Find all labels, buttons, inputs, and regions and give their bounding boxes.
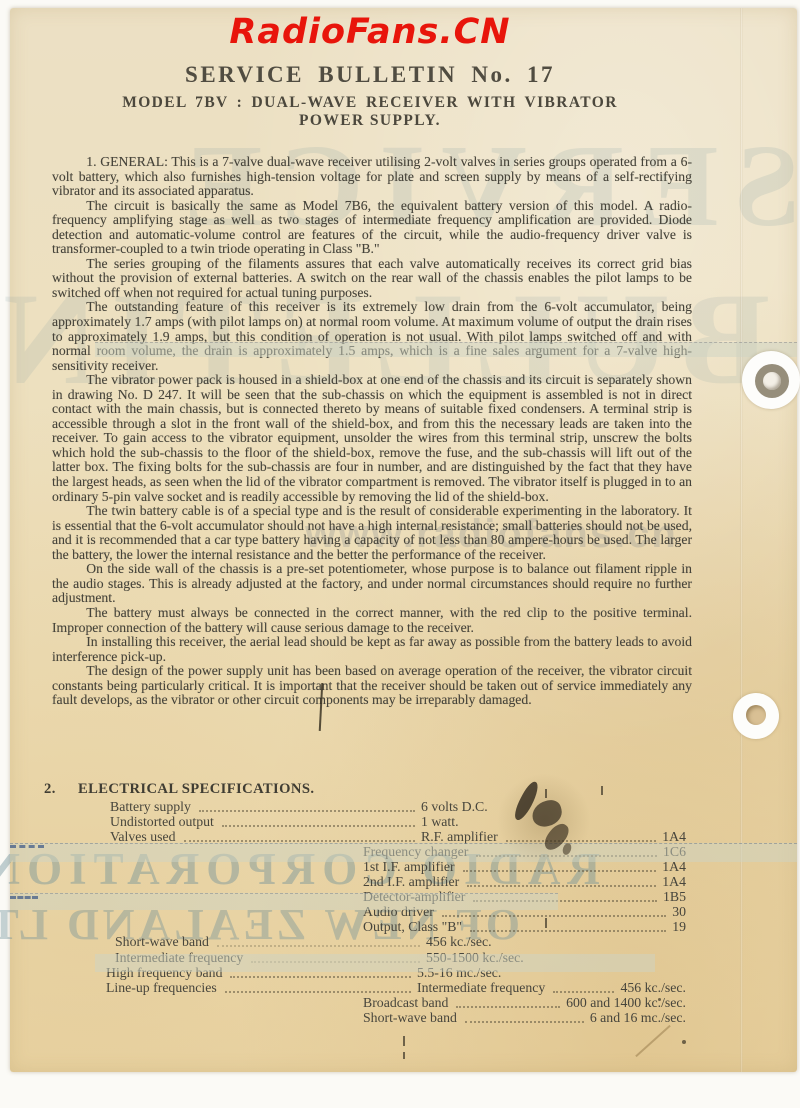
paragraph: The circuit is basically the same as Mod… (52, 199, 692, 257)
spec-value: 1 watt. (421, 814, 459, 830)
spec-sublabel: Broadcast band (363, 995, 448, 1011)
spec-value: 6 volts D.C. (421, 799, 488, 815)
spec-row: 2nd I.F. amplifier 1A4 (52, 875, 686, 890)
site-watermark-banner: RadioFans.CN (30, 12, 710, 52)
printed-content: RadioFans.CN SERVICE BULLETIN No. 17 MOD… (30, 8, 710, 1072)
paragraph: The twin battery cable is of a special t… (52, 504, 692, 562)
spec-row: 1st I.F. amplifier 1A4 (52, 860, 686, 875)
spec-sublabel: 2nd I.F. amplifier (363, 874, 459, 890)
spec-value: 19 (672, 919, 686, 935)
spec-label: Valves used (110, 829, 176, 845)
bulletin-title: SERVICE BULLETIN No. 17 (30, 62, 710, 88)
spec-label: Line-up frequencies (106, 980, 217, 996)
spec-sublabel: Output, Class "B" (363, 919, 462, 935)
blue-ink-dash (10, 896, 38, 899)
spec-label: Short-wave band (115, 934, 209, 950)
fold-crease (740, 8, 743, 1072)
blue-ink-dash (10, 845, 44, 848)
spec-value: 456 kc./sec. (426, 934, 492, 950)
punched-hole (746, 705, 766, 725)
spec-row: Valves used R.F. amplifier 1A4 (52, 830, 686, 845)
spec-value: 1A4 (662, 874, 686, 890)
paragraph: In installing this receiver, the aerial … (52, 635, 692, 664)
spec-row: Short-wave band 6 and 16 mc./sec. (52, 1011, 686, 1026)
spec-sublabel: Intermediate frequency (417, 980, 545, 996)
hole-punch (733, 693, 779, 739)
paragraph: On the side wall of the chassis is a pre… (52, 562, 692, 606)
paragraph: The design of the power supply unit has … (52, 664, 692, 708)
spec-row: Frequency changer 1C6 (52, 845, 686, 860)
spec-value: 600 and 1400 kc./sec. (566, 995, 686, 1011)
spec-label: Undistorted output (110, 814, 214, 830)
scanned-document-page: SERVICE BULLETIN RADIO CORPORATION OF NE… (0, 0, 800, 1108)
model-subtitle-line2: POWER SUPPLY. (30, 112, 710, 130)
paragraph: The battery must always be connected in … (52, 606, 692, 635)
spec-row: Intermediate frequency 550-1500 kc./sec. (52, 950, 686, 965)
paragraph: 1. GENERAL: This is a 7-valve dual-wave … (52, 155, 692, 199)
reinforcement-ring (755, 364, 789, 398)
spec-value: 1A4 (662, 829, 686, 845)
spec-value: 5.5-16 mc./sec. (417, 965, 501, 981)
paragraph: The series grouping of the filaments ass… (52, 257, 692, 301)
general-section: 1. GENERAL: This is a 7-valve dual-wave … (52, 155, 692, 708)
spec-label: High frequency band (106, 965, 222, 981)
heading-text: ELECTRICAL SPECIFICATIONS. (78, 781, 314, 797)
spec-sublabel: 1st I.F. amplifier (363, 859, 455, 875)
spec-sublabel: Audio driver (363, 904, 434, 920)
spec-label: Intermediate frequency (115, 950, 243, 966)
spec-value: 30 (672, 904, 686, 920)
hole-punch (742, 351, 800, 409)
spec-row: Broadcast band 600 and 1400 kc./sec. (52, 996, 686, 1011)
spec-value: 1C6 (663, 844, 686, 860)
heading-number: 2. (44, 781, 78, 798)
specifications-table: Battery supply 6 volts D.C. Undistorted … (52, 800, 686, 1026)
spec-sublabel: Short-wave band (363, 1010, 457, 1026)
spec-label: Battery supply (110, 799, 191, 815)
spec-row: Short-wave band 456 kc./sec. (52, 935, 686, 950)
electrical-specifications-heading: 2.ELECTRICAL SPECIFICATIONS. (44, 781, 314, 798)
spec-row: Undistorted output 1 watt. (52, 815, 686, 830)
spec-value: 6 and 16 mc./sec. (590, 1010, 686, 1026)
spec-row: Audio driver 30 (52, 905, 686, 920)
model-subtitle-line1: MODEL 7BV : DUAL-WAVE RECEIVER WITH VIBR… (30, 94, 710, 112)
spec-value: 456 kc./sec. (620, 980, 686, 996)
spec-row: Detector-amplifier 1B5 (52, 890, 686, 905)
paragraph: The outstanding feature of this receiver… (52, 300, 692, 373)
spec-sublabel: Detector-amplifier (363, 889, 465, 905)
spec-row: Battery supply 6 volts D.C. (52, 800, 686, 815)
spec-value: 1A4 (662, 859, 686, 875)
paragraph: The vibrator power pack is housed in a s… (52, 373, 692, 504)
spec-sublabel: R.F. amplifier (421, 829, 498, 845)
spec-value: 550-1500 kc./sec. (426, 950, 524, 966)
spec-value: 1B5 (663, 889, 686, 905)
spec-row: High frequency band 5.5-16 mc./sec. (52, 966, 686, 981)
spec-row: Line-up frequencies Intermediate frequen… (52, 981, 686, 996)
spec-sublabel: Frequency changer (363, 844, 468, 860)
spec-row: Output, Class "B" 19 (52, 920, 686, 935)
